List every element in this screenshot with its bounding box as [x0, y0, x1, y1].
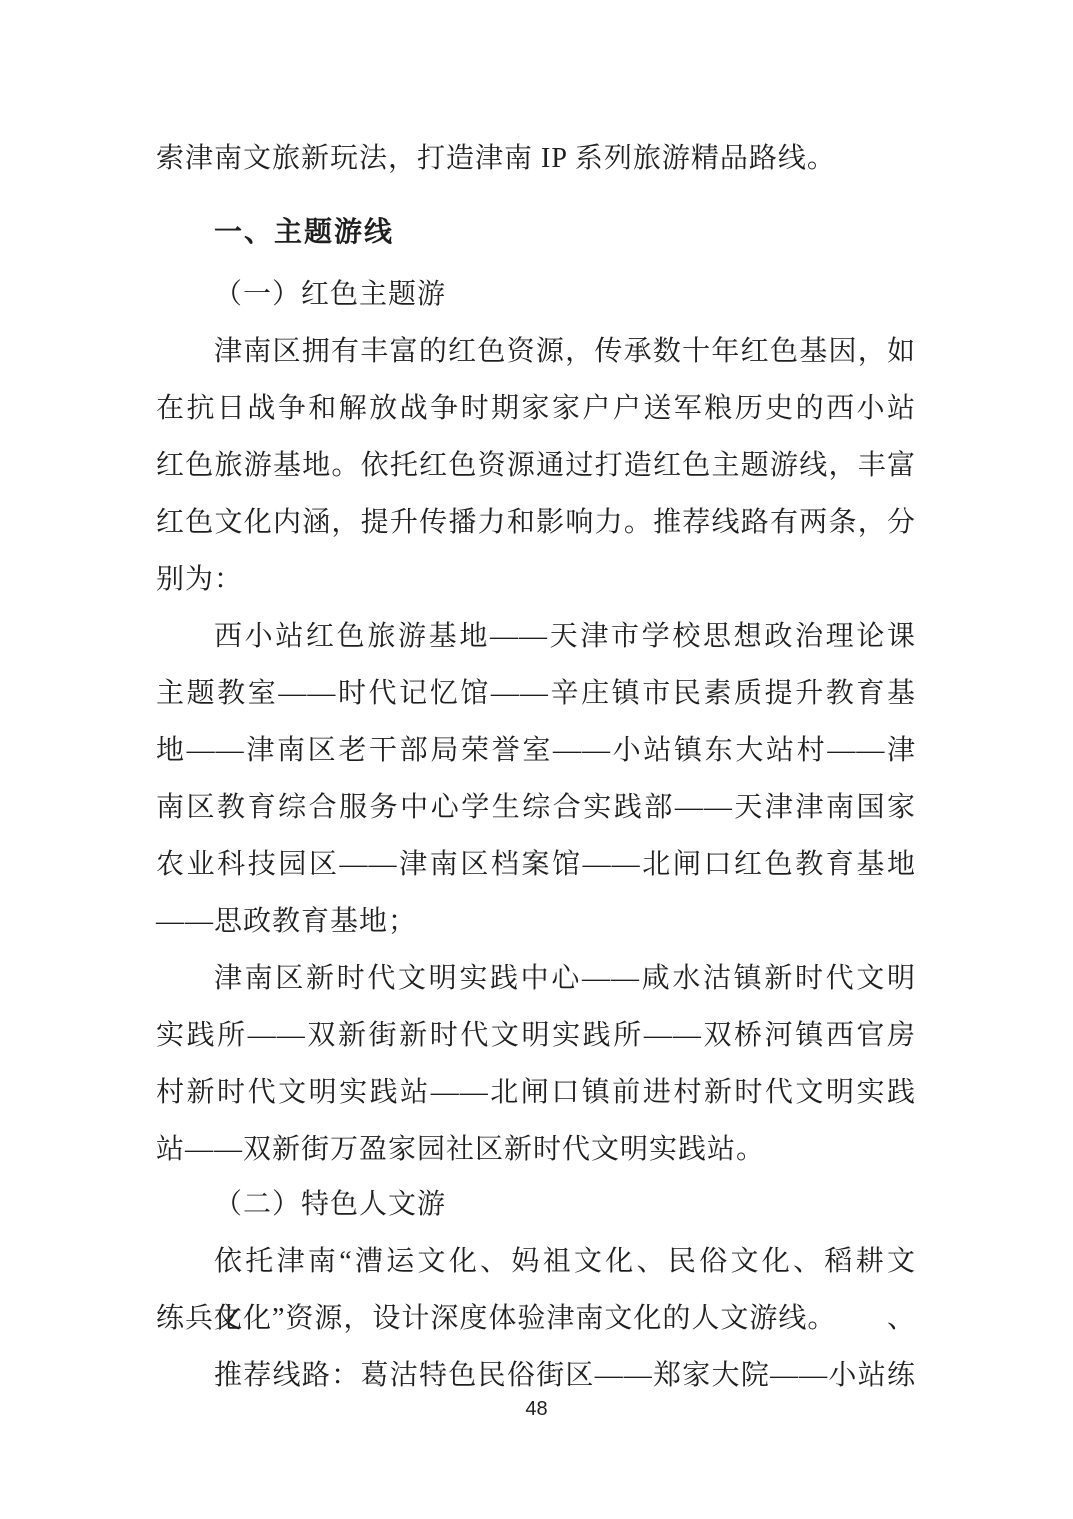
text-line: 地——津南区老干部局荣誉室——小站镇东大站村——津	[156, 722, 916, 779]
text-line: 西小站红色旅游基地——天津市学校思想政治理论课	[156, 608, 916, 665]
text-line: 别为：	[156, 551, 916, 608]
text-line: （二）特色人文游	[156, 1176, 916, 1233]
text-line: 主题教室——时代记忆馆——辛庄镇市民素质提升教育基	[156, 665, 916, 722]
text-column: 索津南文旅新玩法，打造津南 IP 系列旅游精品路线。一、主题游线（一）红色主题游…	[156, 130, 916, 1404]
text-line: 索津南文旅新玩法，打造津南 IP 系列旅游精品路线。	[156, 130, 916, 187]
text-line: 一、主题游线	[156, 204, 916, 261]
text-line: 津南区新时代文明实践中心——咸水沽镇新时代文明	[156, 950, 916, 1007]
document-page: 索津南文旅新玩法，打造津南 IP 系列旅游精品路线。一、主题游线（一）红色主题游…	[0, 0, 1073, 1519]
text-line: 南区教育综合服务中心学生综合实践部——天津津南国家	[156, 779, 916, 836]
text-line: （一）红色主题游	[156, 266, 916, 323]
text-line: ——思政教育基地；	[156, 893, 916, 950]
text-line: 农业科技园区——津南区档案馆——北闸口红色教育基地	[156, 836, 916, 893]
text-line: 依托津南“漕运文化、妈祖文化、民俗文化、稻耕文化、	[156, 1233, 916, 1290]
text-line: 红色文化内涵，提升传播力和影响力。推荐线路有两条，分	[156, 494, 916, 551]
text-line: 津南区拥有丰富的红色资源，传承数十年红色基因，如	[156, 323, 916, 380]
text-line: 实践所——双新街新时代文明实践所——双桥河镇西官房	[156, 1007, 916, 1064]
text-line: 推荐线路：葛沽特色民俗街区——郑家大院——小站练	[156, 1347, 916, 1404]
text-line: 村新时代文明实践站——北闸口镇前进村新时代文明实践	[156, 1064, 916, 1121]
text-line: 练兵文化”资源，设计深度体验津南文化的人文游线。	[156, 1290, 916, 1347]
text-line: 站——双新街万盈家园社区新时代文明实践站。	[156, 1121, 916, 1178]
text-line: 在抗日战争和解放战争时期家家户户送军粮历史的西小站	[156, 380, 916, 437]
text-line: 红色旅游基地。依托红色资源通过打造红色主题游线，丰富	[156, 437, 916, 494]
page-number: 48	[0, 1398, 1073, 1421]
